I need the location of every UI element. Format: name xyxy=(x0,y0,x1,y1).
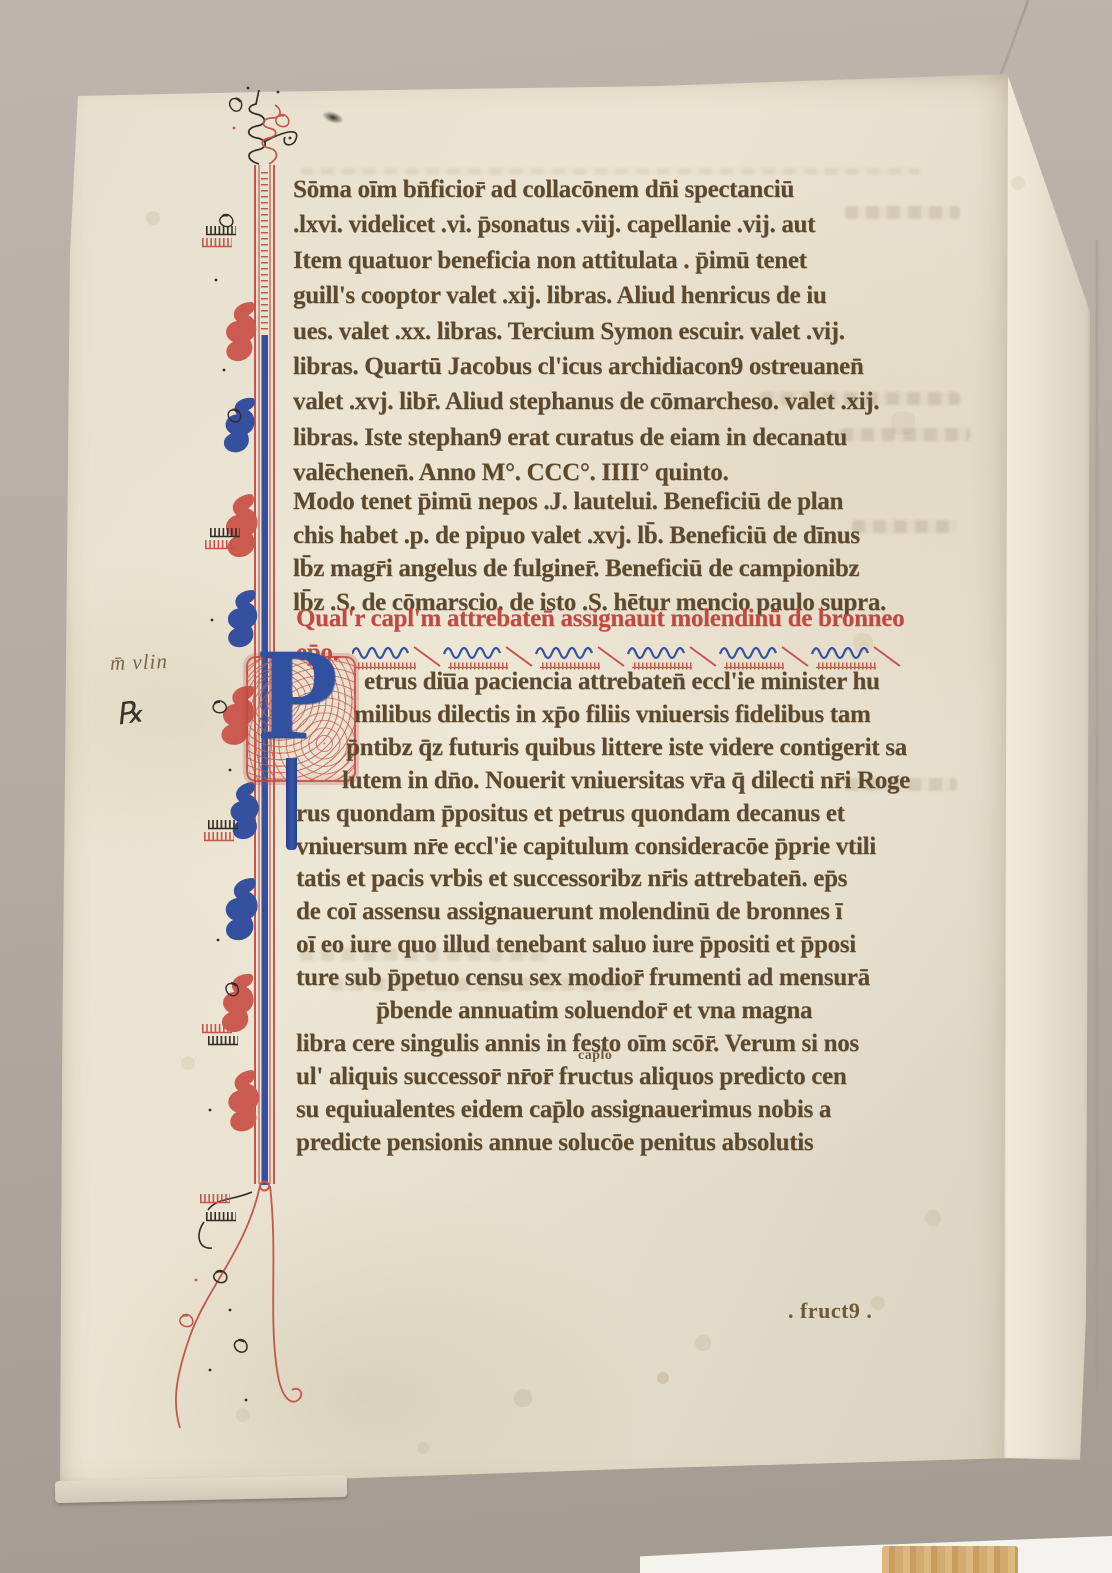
text-line: chis habet .p. de pipuo valet .xvj. lb̄.… xyxy=(293,519,886,553)
text-line: libras. Iste stephan9 erat curatus de ei… xyxy=(293,420,879,455)
table-gap xyxy=(640,1536,1112,1573)
under-leaf-edge xyxy=(55,1475,347,1503)
paragraph-charter-text: etrus diu̅a paciencia attrebaten̄ eccl'i… xyxy=(296,666,910,1160)
text-line: rus quondam p̄positus et petrus quondam … xyxy=(296,798,910,831)
paragraph-summary-of-benefices: Sōma oīm bn̄ficior̄ ad collacōnem dn̄i s… xyxy=(293,172,879,491)
text-line: ture sub p̄petuo censu sex modior̄ frume… xyxy=(296,962,910,995)
text-line: Modo tenet p̄imū nepos .J. lautelui. Ben… xyxy=(293,485,886,519)
text-line: lutem in dn̄o. Nouerit vniuersitas vr̄a … xyxy=(296,765,910,798)
text-line: guill's cooptor valet .xij. libras. Aliu… xyxy=(293,278,879,313)
text-line: su equiualentes eidem cap̄lo assignaueri… xyxy=(296,1094,910,1127)
text-line: p̄bende annuatim soluendor̄ et vna magna xyxy=(296,995,910,1028)
text-line: Item quatuor beneficia non attitulata . … xyxy=(293,243,879,278)
text-line: .lxvi. videlicet .vi. p̄sonatus .viij. c… xyxy=(293,207,879,242)
parchment-stains xyxy=(0,0,6,6)
text-line: milibus dilectis in xp̄o filiis vniuersi… xyxy=(296,699,910,732)
text-line: predicte pensionis annue solucōe penitus… xyxy=(296,1127,910,1160)
text-line: p̄ntibz q̄z futuris quibus littere iste … xyxy=(296,732,910,765)
paraph-mark: ℞ xyxy=(114,694,146,732)
text-line: lb̄z magr̄i angelus de fulginer̄. Benefi… xyxy=(293,552,886,586)
margin-note: m̄ vlin xyxy=(110,649,169,676)
text-line: Sōma oīm bn̄ficior̄ ad collacōnem dn̄i s… xyxy=(293,172,879,207)
text-line: ul' aliquis successor̄ nr̄or̄ fructus al… xyxy=(296,1061,910,1094)
text-line: libras. Quartū Jacobus cl'icus archidiac… xyxy=(293,349,879,384)
paragraph-benefice-holders: Modo tenet p̄imū nepos .J. lautelui. Ben… xyxy=(293,485,886,619)
text-line: valet .xvj. libr̄. Aliud stephanus de cō… xyxy=(293,384,879,419)
text-line: de coī assensu assignauerunt molendinū d… xyxy=(296,896,910,929)
text-line: tatis et pacis vrbis et successoribz nr̄… xyxy=(296,863,910,896)
text-line: ues. valet .xx. libras. Tercium Symon es… xyxy=(293,314,879,349)
text-line: vniuersum nr̄e eccl'ie capitulum conside… xyxy=(296,831,910,864)
photograph-of-manuscript: { "ms": { "margin_note": "m\u0304 vlin",… xyxy=(0,0,1112,1573)
mat-crease-line xyxy=(1096,240,1098,1390)
interlinear-correction: cap̄lo xyxy=(578,1048,612,1064)
rubric-line: Qual'r capl'm attrebaten̄ assignauit mol… xyxy=(296,602,904,636)
text-line: oī eo iure quo illud tenebant saluo iure… xyxy=(296,929,910,962)
catchword: . fruct9 . xyxy=(788,1298,872,1324)
page-fold-edge xyxy=(1002,76,1094,1460)
wooden-slat xyxy=(882,1546,1018,1573)
text-line: etrus diu̅a paciencia attrebaten̄ eccl'i… xyxy=(296,666,910,699)
